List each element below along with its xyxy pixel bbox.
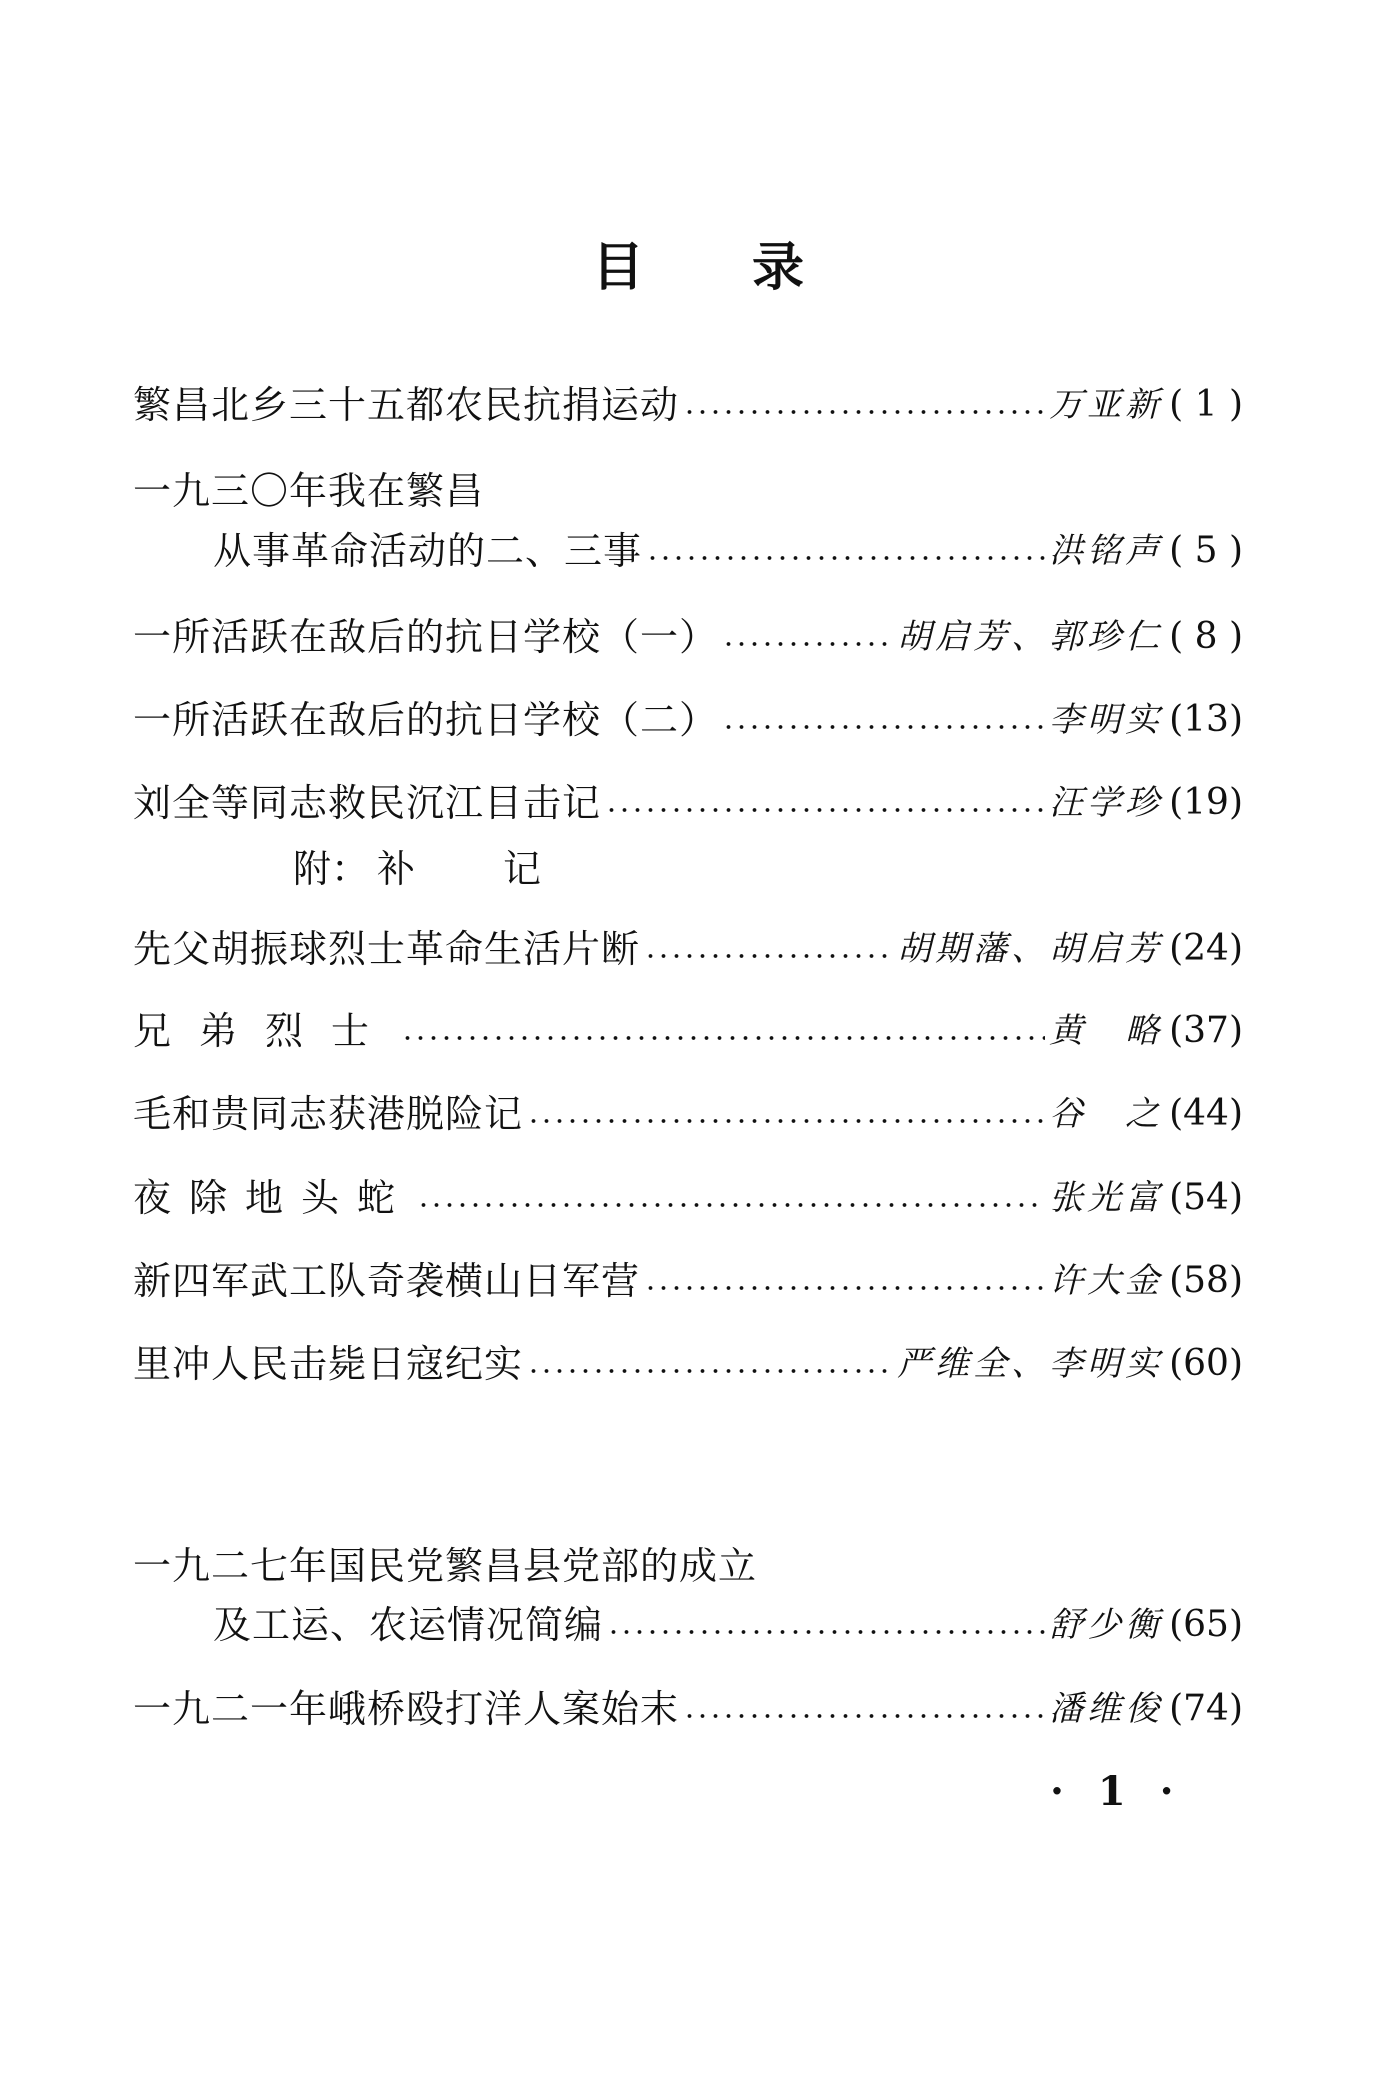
toc-entry[interactable]: 毛和贵同志获港脱险记 谷 之 (44) [133,1090,1243,1138]
entry-author: 张光富 [1049,1174,1163,1222]
entry-title: 兄弟烈士 [133,1007,397,1055]
appendix-word-1: 补 [377,845,415,893]
entry-title: 一所活跃在敌后的抗日学校（一） [133,613,718,661]
entry-page: (65) [1169,1601,1243,1649]
entry-title: 刘全等同志救民沉江目击记 [133,779,601,827]
title-char-1: 目 [592,225,644,300]
dot-leader [401,1033,1045,1043]
entry-title: 从事革命活动的二、三事 [213,527,642,575]
entry-author: 汪学珍 [1049,779,1163,827]
toc-entry[interactable]: 繁昌北乡三十五都农民抗捐运动 万亚新 ( 1 ) [133,381,1243,429]
dot-leader [527,1366,893,1376]
entry-page: ( 8 ) [1169,613,1243,661]
dot-leader [605,805,1045,815]
entry-page: ( 5 ) [1169,527,1243,575]
entry-author: 胡启芳、郭珍仁 [897,613,1163,661]
entry-page: (19) [1169,779,1243,827]
dot-leader [722,722,1045,732]
toc-entry[interactable]: 一所活跃在敌后的抗日学校（一） 胡启芳、郭珍仁 ( 8 ) [133,613,1243,661]
entry-author: 黄 略 [1049,1007,1163,1055]
entry-page: (44) [1169,1090,1243,1138]
entry-page: (74) [1169,1685,1243,1733]
toc-entry-title-line1[interactable]: 一九二七年国民党繁昌县党部的成立 [133,1542,1243,1590]
toc-entry[interactable]: 一九二一年峨桥殴打洋人案始末 潘维俊 (74) [133,1685,1243,1733]
entry-author: 严维全、李明实 [897,1340,1163,1388]
entry-author: 李明实 [1049,696,1163,744]
entry-title: 一所活跃在敌后的抗日学校（二） [133,696,718,744]
entry-author: 潘维俊 [1049,1685,1163,1733]
title-char-2: 录 [752,225,804,300]
toc-entry-title-line1[interactable]: 一九三〇年我在繁昌 [133,467,1243,515]
entry-title-line1: 一九二七年国民党繁昌县党部的成立 [133,1542,757,1590]
toc-entry[interactable]: 兄弟烈士 黄 略 (37) [133,1007,1243,1055]
dot-leader [527,1116,1045,1126]
entry-page: (37) [1169,1007,1243,1055]
toc-entry[interactable]: 夜除地头蛇 张光富 (54) [133,1174,1243,1222]
entry-author: 洪铭声 [1049,527,1163,575]
entry-author: 许大金 [1049,1257,1163,1305]
page-number: · 1 · [1050,1768,1184,1815]
toc-entry[interactable]: 刘全等同志救民沉江目击记 汪学珍 (19) [133,779,1243,827]
entry-author: 谷 之 [1049,1090,1163,1138]
toc-entry[interactable]: 一所活跃在敌后的抗日学校（二） 李明实 (13) [133,696,1243,744]
entry-title: 先父胡振球烈士革命生活片断 [133,925,640,973]
dot-leader [722,639,893,649]
entry-title: 毛和贵同志获港脱险记 [133,1090,523,1138]
toc-entry[interactable]: 先父胡振球烈士革命生活片断 胡期藩、胡启芳 (24) [133,925,1243,973]
entry-title: 及工运、农运情况简编 [213,1601,603,1649]
entry-page: (54) [1169,1174,1243,1222]
page-title: 目 录 [0,225,1393,295]
entry-title: 新四军武工队奇袭横山日军营 [133,1257,640,1305]
entry-page: (13) [1169,696,1243,744]
dot-leader [644,951,893,961]
appendix-word-2: 记 [503,845,541,893]
entry-author: 舒少衡 [1049,1601,1163,1649]
toc-entry[interactable]: 从事革命活动的二、三事 洪铭声 ( 5 ) [213,527,1243,575]
entry-author: 胡期藩、胡启芳 [897,925,1163,973]
entry-title: 繁昌北乡三十五都农民抗捐运动 [133,381,679,429]
dot-leader [417,1200,1045,1210]
dot-leader [683,407,1045,417]
entry-page: (60) [1169,1340,1243,1388]
dot-leader [644,1283,1045,1293]
toc-entry[interactable]: 新四军武工队奇袭横山日军营 许大金 (58) [133,1257,1243,1305]
entry-title: 一九二一年峨桥殴打洋人案始末 [133,1685,679,1733]
entry-title: 里冲人民击毙日寇纪实 [133,1340,523,1388]
appendix-note[interactable]: 附：补记 [293,845,541,893]
entry-title: 夜除地头蛇 [133,1174,413,1222]
entry-title-line1: 一九三〇年我在繁昌 [133,467,484,515]
dot-leader [646,553,1045,563]
appendix-label: 附： [293,845,369,893]
entry-author: 万亚新 [1049,381,1163,429]
entry-page: (24) [1169,925,1243,973]
toc-entry[interactable]: 及工运、农运情况简编 舒少衡 (65) [213,1601,1243,1649]
entry-page: (58) [1169,1257,1243,1305]
dot-leader [607,1627,1045,1637]
dot-leader [683,1711,1045,1721]
toc-entry[interactable]: 里冲人民击毙日寇纪实 严维全、李明实 (60) [133,1340,1243,1388]
entry-page: ( 1 ) [1169,381,1243,429]
